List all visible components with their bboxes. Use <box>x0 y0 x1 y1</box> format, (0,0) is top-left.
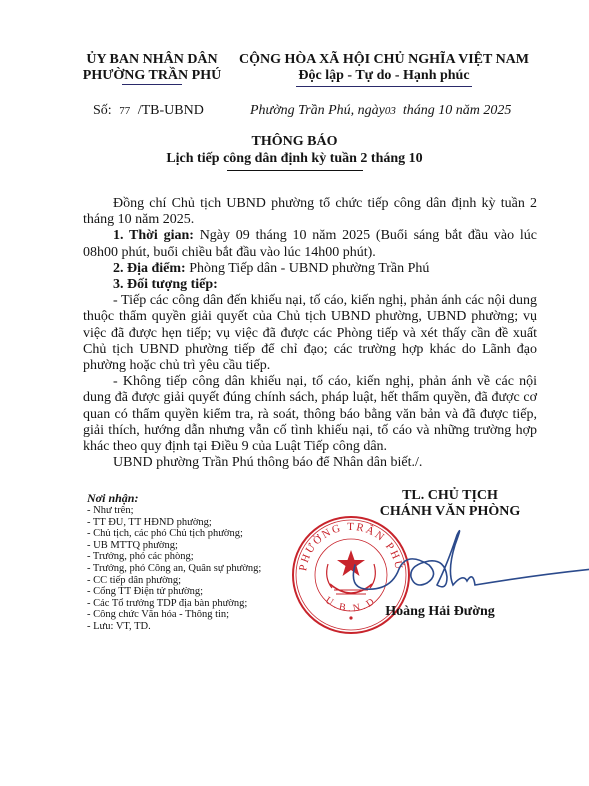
sign-position: CHÁNH VĂN PHÒNG <box>360 504 540 520</box>
doc-number-prefix: Số: <box>93 103 112 118</box>
nation-motto: Độc lập - Tự do - Hạnh phúc <box>228 68 540 84</box>
agency-header: ỦY BAN NHÂN DÂN PHƯỜNG TRẦN PHÚ <box>72 52 232 84</box>
recipient-item: - Chủ tịch, các phó Chủ tịch phường; <box>87 528 297 540</box>
recipient-item: - Trưởng, phó Công an, Quân sự phường; <box>87 563 297 575</box>
title-main: THÔNG BÁO <box>0 133 589 150</box>
notice-title: THÔNG BÁO Lịch tiếp công dân định kỳ tuầ… <box>0 133 589 167</box>
notice-body: Đồng chí Chủ tịch UBND phường tổ chức ti… <box>83 196 537 471</box>
date-place: Phường Trần Phú, ngày <box>250 103 385 118</box>
time-label: 1. Thời gian: <box>113 228 194 243</box>
title-underline <box>227 170 363 171</box>
signature-block: TL. CHỦ TỊCH CHÁNH VĂN PHÒNG <box>360 488 540 520</box>
document-date: Phường Trần Phú, ngày03 tháng 10 năm 202… <box>250 103 511 119</box>
title-sub: Lịch tiếp công dân định kỳ tuần 2 tháng … <box>0 150 589 167</box>
subject-item-1: - Tiếp các công dân đến khiếu nại, tố cá… <box>83 293 537 374</box>
recipients-heading: Nơi nhận: <box>87 492 297 505</box>
intro-paragraph: Đồng chí Chủ tịch UBND phường tổ chức ti… <box>83 196 537 228</box>
recipient-item: - Cổng TT Điện tử phường; <box>87 586 297 598</box>
recipient-item: - CC tiếp dân phường; <box>87 575 297 587</box>
doc-number-suffix: /TB-UBND <box>138 103 204 118</box>
nation-header: CỘNG HÒA XÃ HỘI CHỦ NGHĨA VIỆT NAM Độc l… <box>228 52 540 84</box>
place-text: Phòng Tiếp dân - UBND phường Trần Phú <box>186 261 430 276</box>
agency-line1: ỦY BAN NHÂN DÂN <box>72 52 232 68</box>
place-label: 2. Địa điểm: <box>113 261 186 276</box>
handwritten-signature-icon <box>335 525 589 615</box>
recipients-block: Nơi nhận: - Như trên; - TT ĐU, TT HĐND p… <box>87 492 297 633</box>
time-paragraph: 1. Thời gian: Ngày 09 tháng 10 năm 2025 … <box>83 228 537 260</box>
place-paragraph: 2. Địa điểm: Phòng Tiếp dân - UBND phườn… <box>83 261 537 277</box>
sign-authority: TL. CHỦ TỊCH <box>360 488 540 504</box>
recipient-item: - TT ĐU, TT HĐND phường; <box>87 517 297 529</box>
recipient-item: - Như trên; <box>87 505 297 517</box>
subject-heading: 3. Đối tượng tiếp: <box>83 277 537 293</box>
recipient-item: - UB MTTQ phường; <box>87 540 297 552</box>
recipient-item: - Các Tổ trưởng TDP địa bàn phường; <box>87 598 297 610</box>
recipient-item: - Trưởng, phó các phòng; <box>87 551 297 563</box>
motto-underline <box>296 86 472 87</box>
date-rest: tháng 10 năm 2025 <box>403 103 512 118</box>
document-number: Số: 77 /TB-UBND <box>93 103 204 119</box>
subject-item-2: - Không tiếp công dân khiếu nại, tố cáo,… <box>83 374 537 455</box>
subject-label: 3. Đối tượng tiếp: <box>113 277 218 292</box>
recipient-item: - Công chức Văn hóa - Thông tin; <box>87 609 297 621</box>
recipient-item: - Lưu: VT, TD. <box>87 621 297 633</box>
agency-line2: PHƯỜNG TRẦN PHÚ <box>72 68 232 84</box>
date-day: 03 <box>385 105 396 117</box>
agency-underline <box>122 84 182 85</box>
nation-line1: CỘNG HÒA XÃ HỘI CHỦ NGHĨA VIỆT NAM <box>228 52 540 68</box>
doc-number-value: 77 <box>119 105 130 117</box>
signer-name: Hoàng Hải Đường <box>370 604 510 620</box>
closing-paragraph: UBND phường Trần Phú thông báo để Nhân d… <box>83 455 537 471</box>
document-page: ỦY BAN NHÂN DÂN PHƯỜNG TRẦN PHÚ CỘNG HÒA… <box>0 0 589 786</box>
